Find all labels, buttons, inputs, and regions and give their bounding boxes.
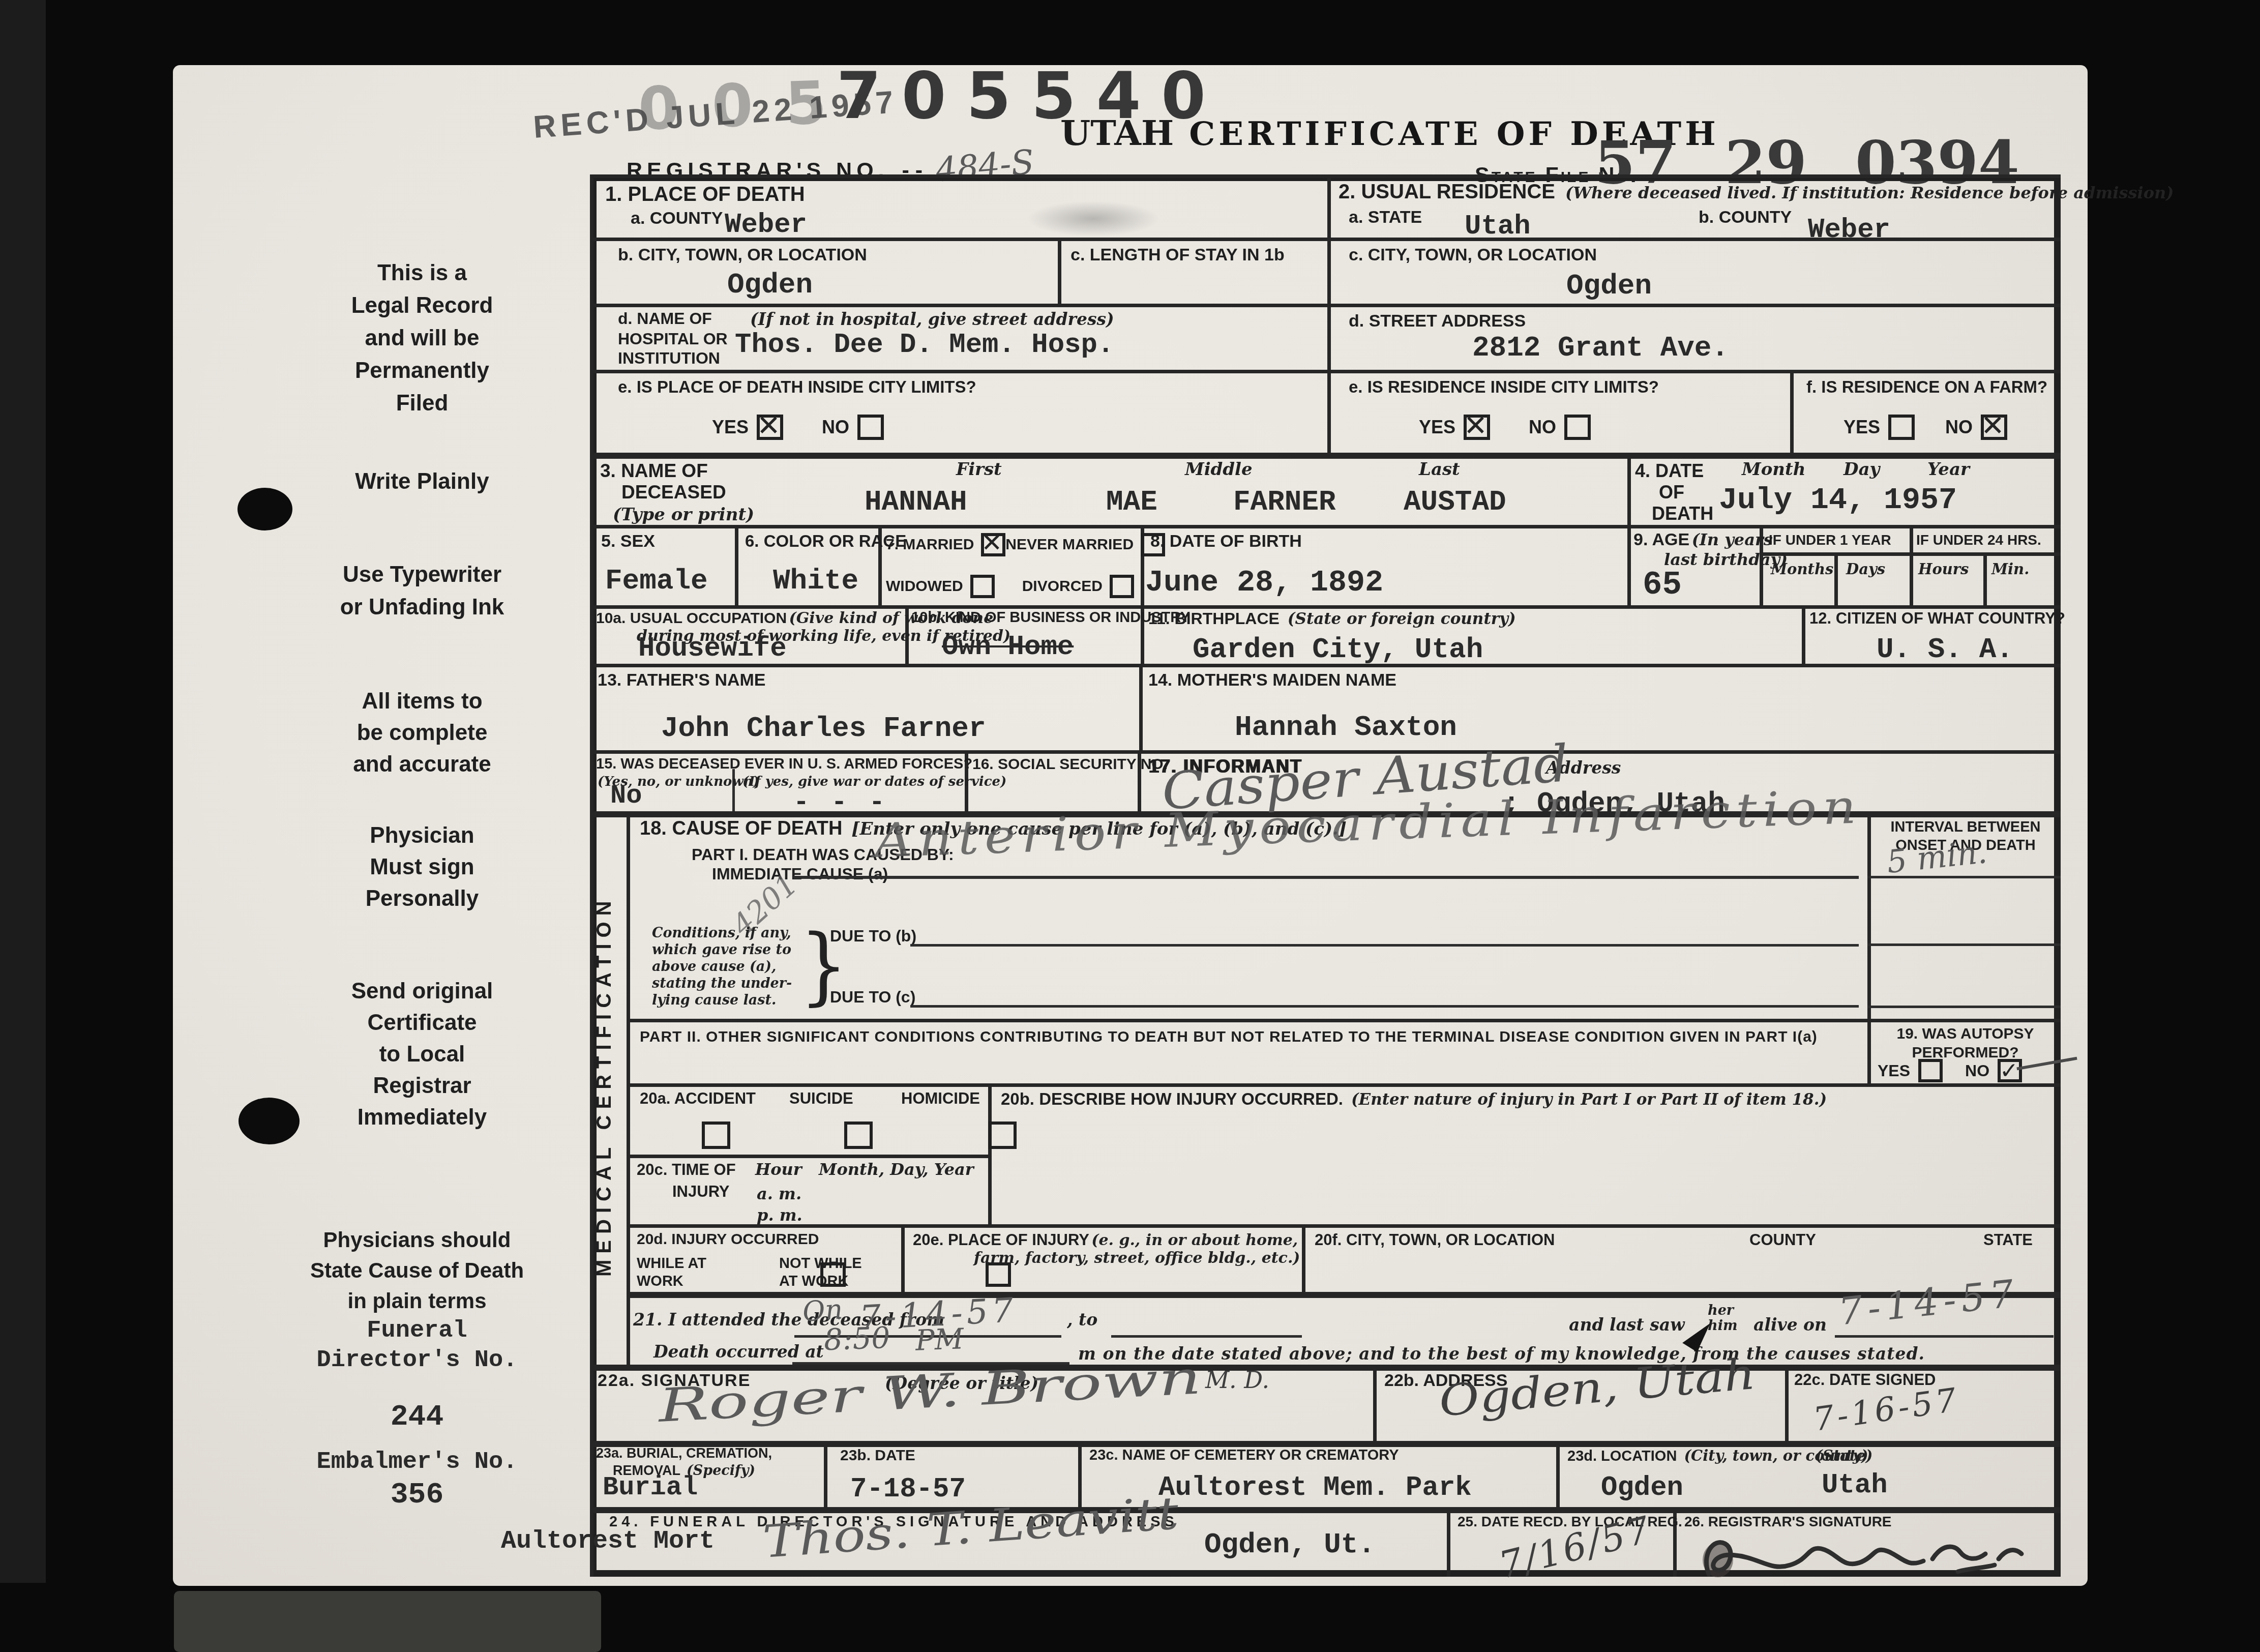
checkbox-empty [988, 1122, 1017, 1149]
box9-hours-label: Hours [1918, 560, 1969, 578]
box9-hint-2: last birthday) [1664, 550, 1788, 569]
title-state: UTAH [1060, 113, 1174, 154]
box6-label: 6. COLOR OR RACE [745, 532, 906, 551]
medical-certification-vertical-label: MEDICAL CERTIFICATION [593, 829, 625, 1343]
embalmer-no-value: 356 [239, 1479, 595, 1512]
margin-note-typewriter: Use Typewriter or Unfading Ink [254, 558, 590, 624]
box16-label: 16. SOCIAL SECURITY NO. [972, 756, 1168, 773]
yes-label: YES [1843, 417, 1880, 438]
scan-edge-top [0, 0, 2260, 66]
box1-title: 1. PLACE OF DEATH [605, 183, 805, 206]
box11-label-row: 11. BIRTHPLACE (State or foreign country… [1148, 609, 1516, 628]
box2c-label: c. CITY, TOWN, OR LOCATION [1349, 245, 1597, 265]
box4-col-day: Day [1843, 459, 1880, 480]
box2c-city-value: Ogden [1566, 270, 1652, 302]
no-label: NO [1965, 1061, 1989, 1080]
box2b-label: b. COUNTY [1699, 208, 1792, 227]
box2-hint: (Where deceased lived. If institution: R… [1565, 183, 2174, 202]
box23c-label: 23c. NAME OF CEMETERY OR CREMATORY [1089, 1447, 1399, 1464]
box1a-county-value: Weber [725, 210, 807, 241]
box3-label-1: 3. NAME OF [600, 460, 708, 482]
box7-row-1: 7. MARRIED ✕ NEVER MARRIED [886, 533, 1134, 556]
funeral-home-typed-overflow: Aultorest Mort [501, 1527, 715, 1556]
checkbox-empty [1888, 415, 1915, 440]
box1a-label: a. COUNTY [631, 209, 723, 228]
box2a-label: a. STATE [1349, 208, 1422, 227]
burial-location-city: Ogden [1601, 1472, 1683, 1503]
widowed-label: WIDOWED [886, 578, 963, 595]
death-time-value: 8:50 [823, 1320, 891, 1358]
never-married-label: NEVER MARRIED [1005, 536, 1134, 553]
divorced-label: DIVORCED [1022, 578, 1103, 595]
deceased-maiden-name: FARNER [1233, 486, 1336, 518]
burial-value: Burial [603, 1472, 698, 1502]
deceased-middle-name: MAE [1106, 486, 1157, 518]
box9-under-24hr-label: IF UNDER 24 HRS. [1916, 532, 2041, 548]
box9-months-label: Months [1771, 560, 1833, 578]
mother-maiden-name-value: Hannah Saxton [1235, 711, 1457, 744]
box18-part2-label: PART II. OTHER SIGNIFICANT CONDITIONS CO… [640, 1028, 1818, 1046]
box2a-state-value: Utah [1465, 211, 1531, 242]
box20a-accident-label: 20a. ACCIDENT [640, 1089, 756, 1108]
box21-text-2: , to [1067, 1310, 1097, 1330]
funeral-director-address: Ogden, Ut. [1204, 1528, 1375, 1561]
box2d-street-value: 2812 Grant Ave. [1472, 332, 1729, 364]
last-saw-line [1835, 1335, 2054, 1338]
burial-location-state: Utah [1822, 1470, 1888, 1501]
box1c-label: c. LENGTH OF STAY IN 1b [1070, 245, 1285, 265]
box20a-homicide-label: HOMICIDE [901, 1089, 980, 1108]
box2-title: 2. USUAL RESIDENCE [1339, 181, 1555, 203]
her-label: her [1708, 1303, 1737, 1318]
date-of-death-value: July 14, 1957 [1719, 483, 1957, 518]
box20b-hint: (Enter nature of injury in Part I or Par… [1351, 1090, 1827, 1109]
box18-due-c-label: DUE TO (c) [830, 988, 915, 1007]
degree-value: M. D. [1205, 1366, 1269, 1394]
her-him-stack: her him [1708, 1303, 1737, 1334]
no-label: NO [1945, 417, 1973, 438]
funeral-director-no: Funeral Director's No. 244 [239, 1316, 595, 1434]
margin-note-complete: All items to be complete and accurate [264, 686, 580, 780]
box20b-label: 20b. DESCRIBE HOW INJURY OCCURRED. [1001, 1089, 1343, 1109]
margin-note-legal-record: This is a Legal Record and will be Perma… [264, 257, 580, 420]
box8-label: 8. DATE OF BIRTH [1150, 532, 1302, 551]
cause-a-line [793, 876, 1859, 879]
box20f-label: 20f. CITY, TOWN, OR LOCATION [1315, 1231, 1555, 1249]
box20c-pm-label: p. m. [757, 1205, 802, 1225]
box20d-not-1: NOT WHILE [779, 1255, 862, 1272]
father-name-value: John Charles Farner [661, 712, 986, 745]
cause-c-line [910, 1005, 1859, 1008]
margin-note-physician-sign: Physician Must sign Personally [264, 820, 580, 914]
citizen-value: U. S. A. [1877, 633, 2013, 666]
margin-note-plain-terms: Physicians should State Cause of Death i… [239, 1225, 595, 1316]
box1e-label: e. IS PLACE OF DEATH INSIDE CITY LIMITS? [618, 377, 976, 397]
armed-forces-value: No [610, 781, 642, 811]
checkbox-empty [970, 575, 995, 598]
box3-label-2: DECEASED [621, 482, 726, 503]
deceased-first-name: HANNAH [865, 486, 967, 518]
box9-min-label: Min. [1991, 560, 2029, 578]
box20e-label-block: 20e. PLACE OF INJURY (e. g., in or about… [913, 1231, 1300, 1267]
box4-col-month: Month [1742, 459, 1805, 480]
pencil-smudge [1027, 201, 1159, 237]
checkbox-checked: ✕ [1464, 415, 1490, 440]
box4-col-year: Year [1927, 459, 1970, 480]
box2e-city-limits-choice: YES ✕ NO [1419, 415, 1591, 440]
box2-title-row: 2. USUAL RESIDENCE (Where deceased lived… [1339, 181, 2174, 203]
margin-note-send-original: Send original Certificate to Local Regis… [264, 976, 580, 1133]
race-value: White [773, 565, 858, 597]
checkbox-empty [1564, 415, 1591, 440]
interval-divider [1867, 943, 2061, 946]
box4-label-3: DEATH [1652, 503, 1713, 524]
box21-text-6: m on the date stated above; and to the b… [1078, 1344, 1925, 1364]
box3-hint: (Type or print) [613, 505, 754, 525]
registrar-signature [1693, 1523, 2044, 1587]
box3-col-last: Last [1419, 459, 1460, 480]
box22c-label: 22c. DATE SIGNED [1794, 1371, 1936, 1389]
box13-label: 13. FATHER'S NAME [598, 670, 766, 690]
box7-row-2: WIDOWED DIVORCED [886, 575, 1134, 598]
scan-edge-right [2085, 0, 2260, 1652]
box3-col-first: First [956, 459, 1002, 480]
box20d-not-2: AT WORK [779, 1273, 848, 1290]
box20e-hint-1: (e. g., in or about home, [1091, 1231, 1298, 1249]
age-value: 65 [1643, 567, 1682, 604]
box1d-hint: (If not in hospital, give street address… [750, 309, 1114, 329]
box2e-label: e. IS RESIDENCE INSIDE CITY LIMITS? [1349, 377, 1659, 397]
box23a-label-1: 23a. BURIAL, CREMATION, [596, 1445, 772, 1461]
box14-label: 14. MOTHER'S MAIDEN NAME [1148, 670, 1396, 690]
date-of-birth-value: June 28, 1892 [1145, 566, 1383, 600]
box20b-label-row: 20b. DESCRIBE HOW INJURY OCCURRED. (Ente… [1001, 1089, 1827, 1109]
box21-text-4: alive on [1753, 1315, 1827, 1335]
box20a-suicide-label: SUICIDE [789, 1089, 853, 1108]
box12-label: 12. CITIZEN OF WHAT COUNTRY? [1809, 609, 2065, 628]
check-mark: ✓ [2000, 1058, 2018, 1084]
box1b-label: b. CITY, TOWN, OR LOCATION [618, 245, 867, 265]
cause-b-line [910, 944, 1859, 947]
box2b-county-value: Weber [1808, 215, 1890, 246]
box4-label-2: OF [1659, 482, 1684, 503]
box20c-mdy-label: Month, Day, Year [819, 1160, 974, 1179]
x-mark: ✕ [1464, 409, 1488, 442]
box23d-state-hint: (State) [1816, 1447, 1872, 1464]
checkbox-empty [844, 1122, 873, 1149]
box23d-label: 23d. LOCATION [1567, 1448, 1677, 1465]
checkbox-checked: ✕ [981, 533, 1005, 556]
serial-number-ghost-stamp: 005 [637, 67, 860, 143]
scan-edge-left [0, 0, 174, 1652]
checkbox-empty [857, 415, 884, 440]
box20d-while-2: WORK [637, 1273, 683, 1290]
funeral-director-no-value: 244 [239, 1401, 595, 1434]
scanned-death-certificate: REC'D JUL 22 1957 005 705540 REGISTRAR'S… [0, 0, 2260, 1652]
box21-text-5: Death occurred at [653, 1342, 824, 1362]
box20c-hour-label: Hour [755, 1160, 802, 1179]
occupation-value: Housewife [638, 633, 787, 664]
box2f-label: f. IS RESIDENCE ON A FARM? [1806, 377, 2047, 397]
x-mark: ✕ [757, 409, 781, 442]
attended-to-line [1111, 1335, 1302, 1338]
death-time-ampm: PM [915, 1322, 964, 1357]
box9-under-1yr-label: IF UNDER 1 YEAR [1769, 532, 1891, 548]
burial-date-value: 7-18-57 [850, 1474, 966, 1505]
business-value: Own Home [942, 632, 1074, 663]
scan-underlying-page [174, 1591, 601, 1652]
box1d-label-3: INSTITUTION [618, 349, 720, 368]
box11-label: 11. BIRTHPLACE [1148, 609, 1280, 628]
box20d-while-1: WHILE AT [637, 1255, 706, 1272]
box9-hint-1: (In years [1692, 530, 1773, 549]
box9-days-label: Days [1846, 560, 1885, 578]
box20f-county-label: COUNTY [1749, 1231, 1816, 1249]
box9-label: 9. AGE [1633, 530, 1689, 549]
box20c-am-label: a. m. [757, 1184, 801, 1203]
x-mark: ✕ [981, 528, 1002, 557]
box23b-label: 23b. DATE [840, 1447, 915, 1464]
box15-label: 15. WAS DECEASED EVER IN U. S. ARMED FOR… [596, 756, 972, 773]
no-label: NO [1529, 417, 1556, 438]
box18-label: 18. CAUSE OF DEATH [640, 818, 842, 840]
box19-autopsy-choice: YES NO ✓ [1878, 1059, 2022, 1082]
sex-value: Female [605, 565, 708, 597]
checkbox-checked: ✕ [757, 415, 783, 440]
checkbox-empty [702, 1122, 730, 1149]
box9-label-block: 9. AGE (In years last birthday) [1633, 530, 1788, 569]
box2d-label: d. STREET ADDRESS [1349, 311, 1526, 331]
box10a-label: 10a. USUAL OCCUPATION [596, 610, 787, 627]
box1d-hospital-value: Thos. Dee D. Mem. Hosp. [735, 330, 1114, 361]
cemetery-value: Aultorest Mem. Park [1158, 1472, 1472, 1503]
box20c-label-2: INJURY [672, 1183, 730, 1201]
box3-col-middle: Middle [1185, 459, 1253, 480]
embalmer-no: Embalmer's No. 356 [239, 1449, 595, 1512]
checkbox-empty [1918, 1059, 1943, 1082]
yes-label: YES [1419, 417, 1455, 438]
margin-note-write-plainly: Write Plainly [264, 469, 580, 494]
box11-hint: (State or foreign country) [1288, 610, 1516, 628]
box4-label-1: 4. DATE [1635, 460, 1704, 482]
deceased-last-name: AUSTAD [1404, 486, 1506, 518]
birthplace-value: Garden City, Utah [1193, 633, 1483, 666]
checkbox-empty [1110, 575, 1134, 598]
yes-label: YES [712, 417, 749, 438]
box1d-label-1: d. NAME OF [618, 309, 712, 328]
box20d-label: 20d. INJURY OCCURRED [637, 1231, 819, 1248]
box20e-label: 20e. PLACE OF INJURY [913, 1231, 1089, 1249]
box18-conditions-note: Conditions, if any, which gave rise to a… [652, 925, 805, 1009]
box20c-label-1: 20c. TIME OF [637, 1161, 736, 1179]
no-label: NO [822, 417, 849, 438]
box1b-city-value: Ogden [727, 269, 813, 301]
box20e-hint-2: farm, factory, street, office bldg., etc… [974, 1249, 1300, 1267]
married-label: 7. MARRIED [886, 536, 974, 553]
box1d-label-2: HOSPITAL OR [618, 330, 728, 348]
checkbox-checked: ✓ [1998, 1059, 2022, 1082]
yes-label: YES [1878, 1061, 1910, 1080]
box1e-city-limits-choice: YES ✕ NO [712, 415, 884, 440]
box21-text-3: and last saw [1569, 1315, 1685, 1335]
box20f-state-label: STATE [1983, 1231, 2033, 1249]
box2f-farm-choice: YES NO ✕ [1843, 415, 2007, 440]
interval-divider [1867, 1006, 2061, 1008]
box18-due-b-label: DUE TO (b) [830, 927, 916, 946]
armed-forces-dates-value: - - - [793, 787, 888, 817]
x-mark: ✕ [1981, 409, 2005, 442]
checkbox-checked: ✕ [1981, 415, 2007, 440]
box5-label: 5. SEX [601, 532, 655, 551]
box19-label-block: 19. WAS AUTOPSY PERFORMED? [1878, 1024, 2053, 1062]
box18-immediate-cause-label: IMMEDIATE CAUSE (a) [712, 865, 888, 883]
